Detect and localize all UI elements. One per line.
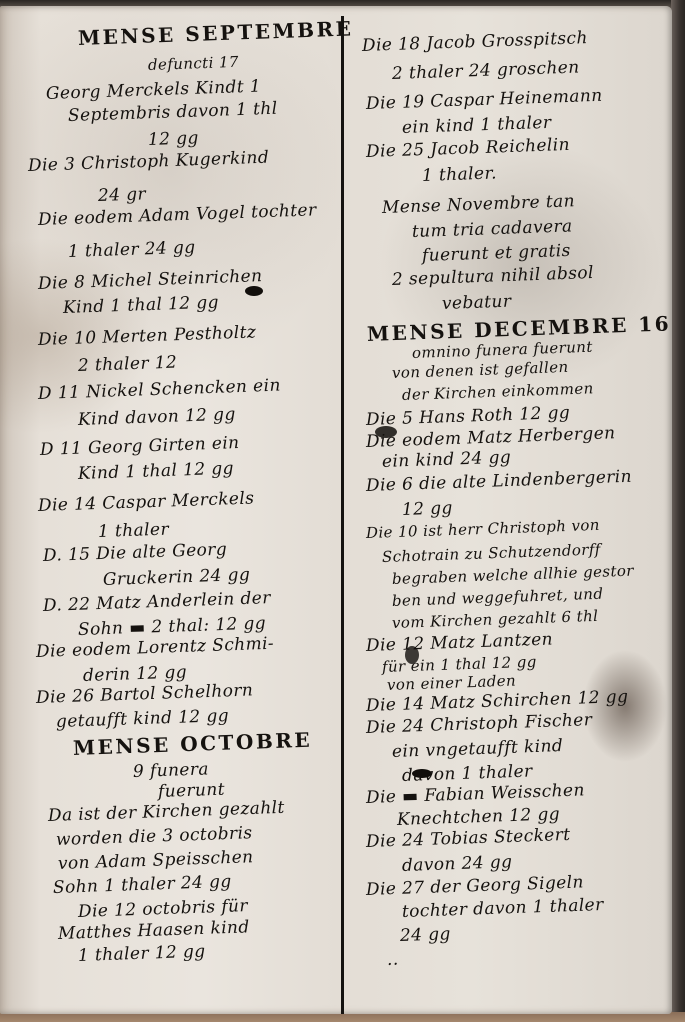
text-line: Septembris davon 1 thl [68,99,278,126]
text-line: Kind 1 thal 12 gg [78,459,235,484]
text-line: Sohn 1 thaler 24 gg [53,872,232,898]
text-line: fuerunt et gratis [422,241,571,266]
ink-blot [245,286,263,296]
text-line: getaufft kind 12 gg [56,706,230,732]
text-line: Die eodem Adam Vogel tochter [38,200,317,230]
text-line: tum tria cadavera [412,216,573,242]
text-line: Die 3 Christoph Kugerkind [28,148,270,176]
text-line: Da ist der Kirchen gezahlt [48,798,285,826]
text-line: 24 gg [400,924,451,946]
text-line: Schotrain zu Schutzendorff [382,540,601,566]
text-line: 2 sepultura nihil absol [392,263,595,290]
text-line: Kind davon 12 gg [78,404,236,429]
right-column: Die 18 Jacob Grosspitsch 2 thaler 24 gro… [352,6,664,1014]
text-line: ben und weggefuhret, und [392,585,604,610]
text-line: vom Kirchen gezahlt 6 thl [392,607,599,632]
text-line: .. [387,950,399,970]
heading-september: MENSE SEPTEMBRE [78,16,354,50]
text-line: vebatur [442,292,512,314]
column-divider [341,16,344,1014]
text-line: Mense Novembre tan [382,191,576,218]
text-line: ein vngetaufft kind [392,736,564,762]
text-line: Kind 1 thal 12 gg [63,293,220,318]
ink-blot [405,646,419,664]
text-line: davon 24 gg [402,852,513,876]
text-line: tochter davon 1 thaler [402,895,604,922]
text-line: Die eodem Lorentz Schmi- [36,634,275,662]
text-line: defuncti 17 [148,53,239,74]
text-line: von Adam Speisschen [58,847,254,874]
text-line: 2 thaler 24 groschen [392,57,580,84]
text-line: 12 gg [402,498,453,520]
text-line: fuerunt [158,780,226,802]
text-line: 1 thaler 24 gg [68,238,196,262]
text-line: D. 15 Die alte Georg [43,540,228,566]
text-line: Die 19 Caspar Heinemann [366,86,603,114]
text-line: Die 18 Jacob Grosspitsch [362,28,588,56]
text-line: Gruckerin 24 gg [103,565,251,590]
text-line: worden die 3 octobris [56,823,253,850]
text-line: 2 thaler 12 [78,353,178,376]
text-line: 9 funera [133,759,210,782]
left-column: MENSE SEPTEMBRE defuncti 17 Georg Mercke… [28,6,338,1014]
text-line: 1 thaler 12 gg [78,942,206,966]
text-line: D. 22 Matz Anderlein der [43,588,271,616]
text-line: ein kind 24 gg [382,447,512,471]
text-line: ein kind 1 thaler [402,113,552,138]
text-line: D 11 Nickel Schencken ein [38,376,281,404]
heading-october: MENSE OCTOBRE [73,728,313,760]
text-line: D 11 Georg Girten ein [40,433,240,460]
text-line: 1 thaler [98,520,170,542]
text-line: der Kirchen einkommen [402,379,594,404]
text-line: 12 gg [148,128,199,150]
ink-blot [412,769,432,778]
text-line: Die 10 Merten Pestholtz [38,322,257,350]
text-line: Die 8 Michel Steinrichen [38,266,263,294]
text-line: 1 thaler. [422,163,498,186]
text-line: Die 25 Jacob Reichelin [366,135,571,162]
manuscript-page: MENSE SEPTEMBRE defuncti 17 Georg Mercke… [0,6,672,1014]
text-line: 24 gr [98,184,147,206]
book-page-edges [671,0,685,1012]
text-line: Die 14 Caspar Merckels [38,488,255,516]
text-line: Die 10 ist herr Christoph von [366,516,600,542]
text-line: Die 26 Bartol Schelhorn [36,680,254,708]
ink-blot [375,426,397,438]
